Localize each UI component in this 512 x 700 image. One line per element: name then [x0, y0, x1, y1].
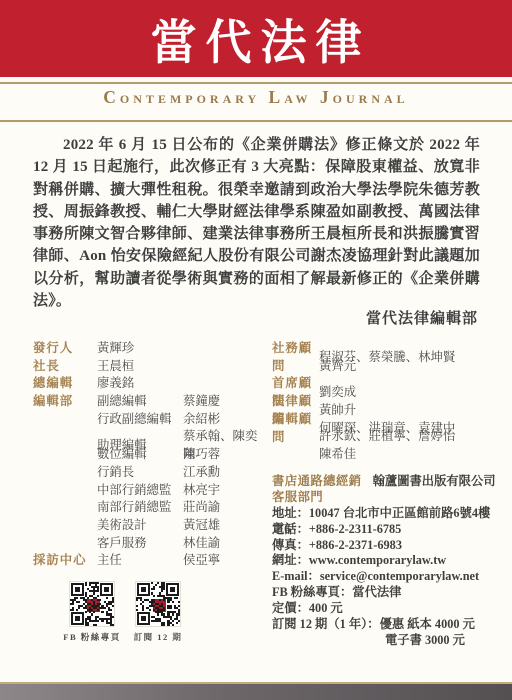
- advisor-names: 許永欽、莊植寧、詹婷怡: [319, 426, 484, 444]
- staff-subrole: 數位編輯: [97, 444, 183, 462]
- fb-page-line: FB 粉絲專頁：當代法律: [272, 585, 500, 601]
- staff-name: 林佳諭: [183, 533, 268, 551]
- staff-role-label: 採訪中心: [33, 550, 97, 568]
- advisor-row: 社務顧問程淑芬、蔡榮騰、林坤賢: [272, 338, 484, 356]
- phone-line: 電話：+886-2-2311-6785: [272, 522, 500, 538]
- staff-subrole: 中部行銷總監: [97, 480, 183, 498]
- masthead-staff-left: 發行人黃輝珍 社長王晨桓 總編輯廖義銘 編輯部副總編輯蔡鐘慶 行政副總編輯余紹彬…: [33, 338, 268, 568]
- staff-role-label: 社長: [33, 356, 97, 374]
- email-line: E-mail：service@contemporarylaw.net: [272, 569, 500, 585]
- staff-name: 江承勳: [183, 462, 268, 480]
- qr-item-subscribe: 訂閱 12 期: [128, 581, 188, 643]
- staff-row: 南部行銷總監莊尚諭: [33, 497, 268, 515]
- staff-role-label: 編輯部: [33, 391, 97, 409]
- advisor-role-label: 社務顧問: [272, 338, 319, 374]
- intro-paragraph: 2022 年 6 月 15 日公布的《企業併購法》修正條文於 2022 年 12…: [33, 134, 480, 312]
- qr-finder-icon: [71, 612, 84, 625]
- qr-finder-icon: [137, 583, 150, 596]
- staff-row: 行銷長江承勳: [33, 462, 268, 480]
- qr-finder-icon: [71, 583, 84, 596]
- staff-name: 黃輝珍: [97, 338, 268, 356]
- staff-role-label: 發行人: [33, 338, 97, 356]
- staff-name: 廖義銘: [97, 373, 268, 391]
- staff-subrole: 副總編輯: [97, 391, 183, 409]
- staff-row: 採訪中心主任侯亞寧: [33, 550, 268, 568]
- staff-row: 中部行銷總監林亮宇: [33, 480, 268, 498]
- staff-name: 余紹彬: [183, 409, 268, 427]
- staff-name: 王晨桓: [97, 356, 268, 374]
- website-line: 網址：www.contemporarylaw.tw: [272, 553, 500, 569]
- staff-name: 陳巧蓉: [183, 444, 268, 462]
- masthead-staff-right: 社務顧問程淑芬、蔡榮騰、林坤賢 黃齊元 首席顧問劉奕成 法律顧問黃帥升 編輯顧問…: [272, 338, 484, 462]
- price-line: 定價：400 元: [272, 601, 500, 617]
- staff-name: 蔡鐘慶: [183, 391, 268, 409]
- journal-subtitle: Contemporary Law Journal: [0, 87, 512, 108]
- staff-row: 客戶服務林佳諭: [33, 533, 268, 551]
- qr-finder-icon: [166, 583, 179, 596]
- advisor-names: 黃齊元: [319, 356, 484, 374]
- fb-qr-code: [69, 581, 115, 627]
- gold-rule-top: [0, 82, 512, 84]
- staff-subrole: 美術設計: [97, 515, 183, 533]
- staff-subrole: 客戶服務: [97, 533, 183, 551]
- advisor-names: 劉奕成: [319, 382, 484, 400]
- advisor-row: 陳希佳: [272, 444, 484, 462]
- fb-qr-label: FB 粉絲專頁: [63, 631, 121, 643]
- staff-row: 助理編輯蔡承翰、陳奕翔: [33, 426, 268, 444]
- staff-subrole: 行銷長: [97, 462, 183, 480]
- journal-masthead-page: 當代法律 Contemporary Law Journal 2022 年 6 月…: [0, 0, 512, 700]
- qr-finder-icon: [100, 583, 113, 596]
- staff-row: 美術設計黃冠雄: [33, 515, 268, 533]
- staff-subrole: 南部行銷總監: [97, 497, 183, 515]
- service-dept-label: 客服部門: [272, 490, 500, 506]
- advisor-names: 陳希佳: [319, 444, 484, 462]
- footer-band: [0, 684, 512, 700]
- ebook-price-line: 電子書 3000 元: [272, 633, 500, 649]
- qr-item-fb: FB 粉絲專頁: [62, 581, 122, 643]
- subscribe-qr-label: 訂閱 12 期: [134, 631, 183, 643]
- staff-row: 總編輯廖義銘: [33, 373, 268, 391]
- advisor-row: 首席顧問劉奕成: [272, 373, 484, 391]
- subscribe-qr-code: [135, 581, 181, 627]
- staff-row: 編輯部副總編輯蔡鐘慶: [33, 391, 268, 409]
- staff-name: 侯亞寧: [183, 550, 268, 568]
- staff-role-label: 總編輯: [33, 373, 97, 391]
- staff-subrole: 主任: [97, 550, 183, 568]
- editorial-signature: 當代法律編輯部: [366, 307, 478, 328]
- staff-subrole: 行政副總編輯: [97, 409, 183, 427]
- address-line: 地址：10047 台北市中正區館前路6號4樓之6: [272, 506, 500, 522]
- staff-row: 社長王晨桓: [33, 356, 268, 374]
- staff-row: 發行人黃輝珍: [33, 338, 268, 356]
- advisor-names: 黃帥升: [319, 400, 484, 418]
- distribution-label: 書店通路總經銷: [272, 474, 362, 488]
- masthead-banner: 當代法律: [0, 0, 512, 77]
- staff-name: 黃冠雄: [183, 515, 268, 533]
- distribution-company: 翰蘆圖書出版有限公司: [373, 474, 496, 488]
- subscription-line: 訂閱 12 期（1 年）：優惠 紙本 4000 元: [272, 617, 500, 633]
- staff-row: 數位編輯陳巧蓉: [33, 444, 268, 462]
- publication-info: 書店通路總經銷翰蘆圖書出版有限公司 客服部門 地址：10047 台北市中正區館前…: [272, 474, 500, 649]
- journal-title: 當代法律: [142, 4, 371, 73]
- fax-line: 傳真：+886-2-2371-6983: [272, 538, 500, 554]
- staff-row: 行政副總編輯余紹彬: [33, 409, 268, 427]
- staff-name: 林亮宇: [183, 480, 268, 498]
- advisor-role-label: 編輯顧問: [272, 409, 319, 445]
- qr-section: FB 粉絲專頁 訂閱 12 期: [62, 581, 188, 643]
- journal-subtitle-strip: Contemporary Law Journal: [0, 77, 512, 123]
- qr-finder-icon: [137, 612, 150, 625]
- gold-rule-bottom: [0, 120, 512, 122]
- distribution-line: 書店通路總經銷翰蘆圖書出版有限公司: [272, 474, 500, 490]
- staff-name: 莊尚諭: [183, 497, 268, 515]
